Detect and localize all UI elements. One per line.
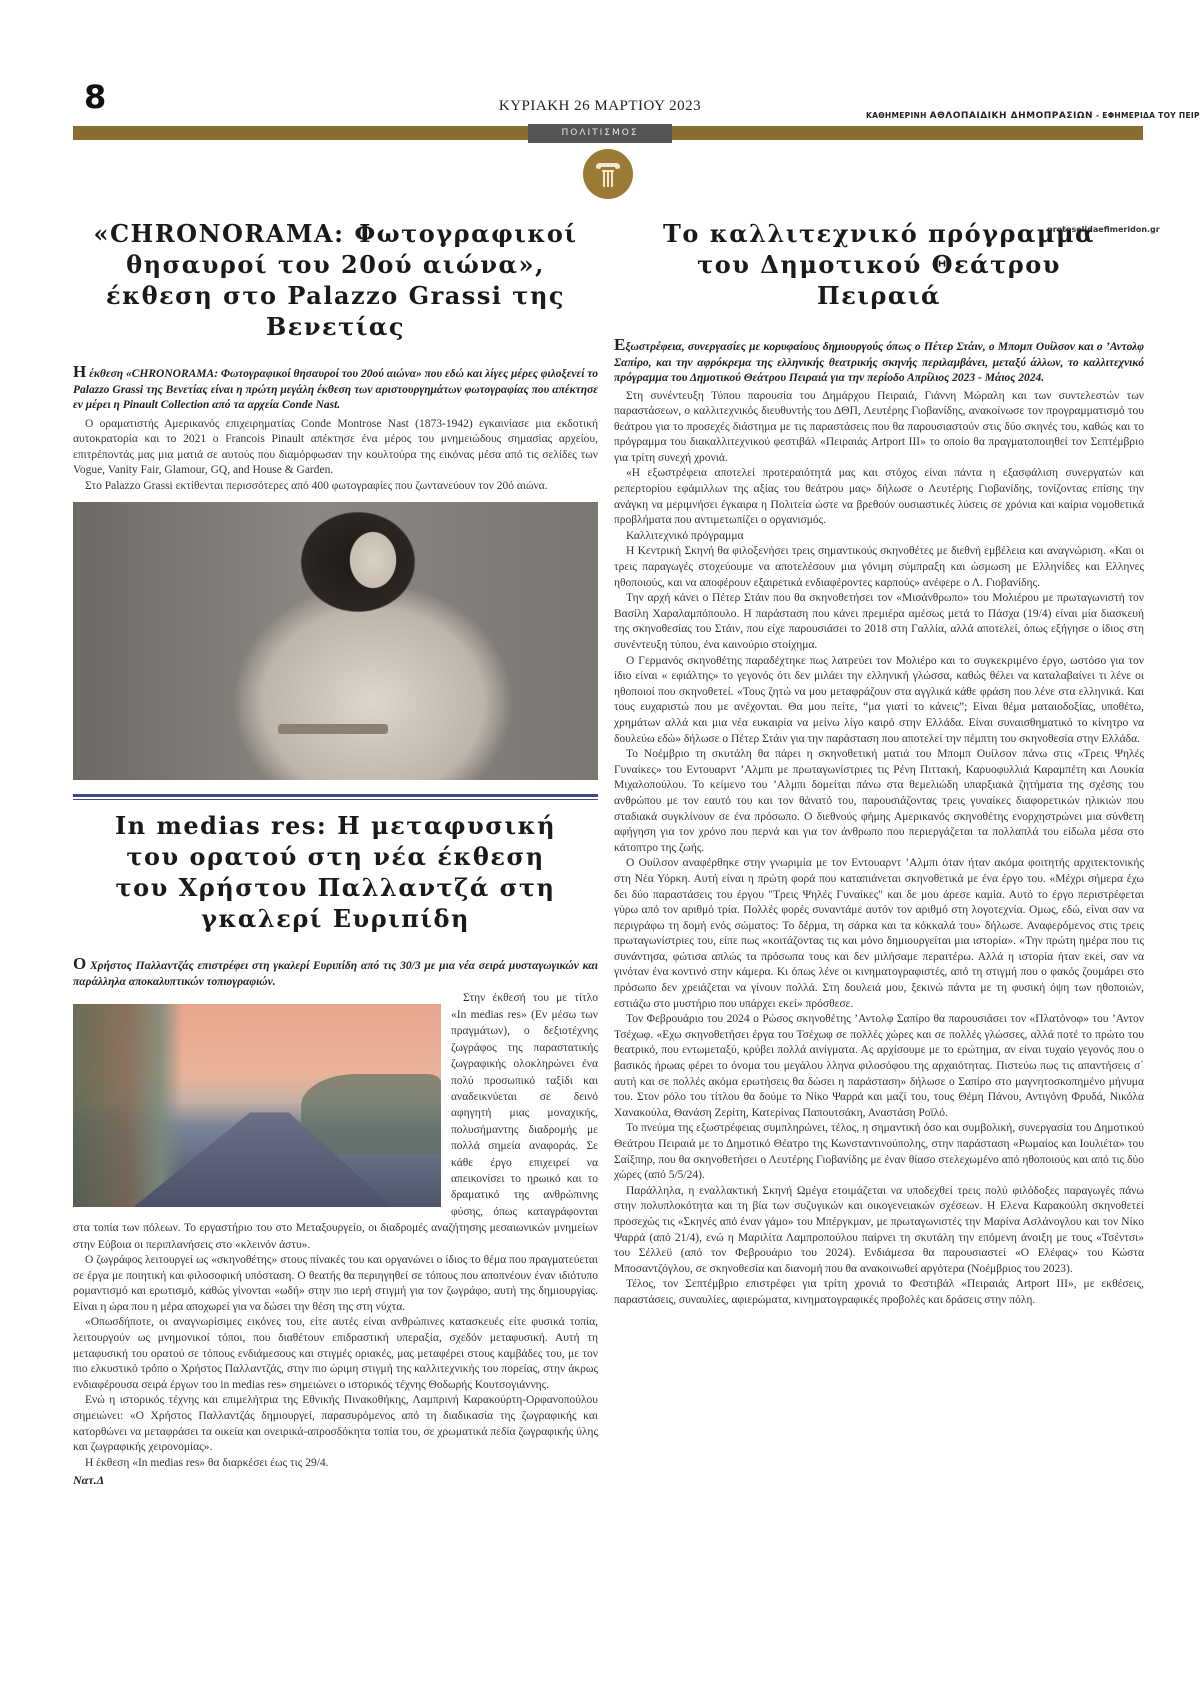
drop-cap: Ε	[614, 335, 625, 354]
paragraph: Η Κεντρική Σκηνή θα φιλοξενήσει τρεις ση…	[614, 544, 1144, 591]
masthead-prefix: ΚΑΘΗΜΕΡΙΝΗ	[866, 111, 927, 120]
paragraph: Η έκθεση «In medias res» θα διαρκέσει έω…	[73, 1456, 598, 1472]
newspaper-masthead: ΚΑΘΗΜΕΡΙΝΗ ΑΘΛΟΠΑΙΔΙΚΗ ΔΗΜΟΠΡΑΣΙΩΝ - ΕΦΗ…	[866, 111, 1200, 121]
section-label: ΠΟΛΙΤΙΣΜΟΣ	[528, 124, 672, 143]
paragraph: «Η εξωστρέφεια αποτελεί προτεραιότητά μα…	[614, 466, 1144, 528]
paragraph: Ο Ουίλσον αναφέρθηκε στην γνωριμία με το…	[614, 856, 1144, 1012]
ionic-column-icon	[583, 149, 633, 199]
painting-bushes	[301, 1074, 441, 1154]
painting-trees	[73, 1004, 183, 1207]
masthead-suffix: - ΕΦΗΜΕΡΙΔΑ ΤΟΥ ΠΕΙΡΑΙΑ	[1096, 111, 1200, 120]
paragraph: Τον Φεβρουάριο του 2024 ο Ρώσος σκηνοθέτ…	[614, 1012, 1144, 1121]
article-lead: Εξωστρέφεια, συνεργασίες με κορυφαίους δ…	[614, 337, 1144, 387]
left-column: «CHRONORAMA: Φωτογραφικοί θησαυροί του 2…	[73, 218, 598, 1488]
article-divider	[73, 794, 598, 800]
drop-cap: Ο	[73, 954, 86, 973]
paragraph: Στο Palazzo Grassi εκτίθενται περισσότερ…	[73, 479, 598, 495]
paragraph: «Οπωσδήποτε, οι αναγνωρίσιμες εικόνες το…	[73, 1315, 598, 1393]
paragraph: Ο ζωγράφος λειτουργεί ως «σκηνοθέτης» στ…	[73, 1253, 598, 1315]
paragraph: Τέλος, τον Σεπτέμβριο επιστρέφει για τρί…	[614, 1277, 1144, 1308]
subheading: Καλλιτεχνικό πρόγραμμα	[614, 529, 1144, 545]
paragraph: Ο Γερμανός σκηνοθέτης παραδέχτηκε πως λα…	[614, 654, 1144, 748]
headline: In medias res: Η μεταφυσική του ορατού σ…	[73, 810, 598, 934]
byline: Νατ.Δ	[73, 1473, 598, 1488]
masthead-title: ΑΘΛΟΠΑΙΔΙΚΗ ΔΗΜΟΠΡΑΣΙΩΝ	[930, 111, 1093, 121]
article-lead: Η έκθεση «CHRONORAMA: Φωτογραφικοί θησαυ…	[73, 364, 598, 414]
paragraph: Στη συνέντευξη Τύπου παρουσία του Δημάρχ…	[614, 389, 1144, 467]
headline: «CHRONORAMA: Φωτογραφικοί θησαυροί του 2…	[73, 218, 598, 342]
fashion-photo	[73, 502, 598, 780]
drop-cap: Η	[73, 362, 86, 381]
article-in-medias-res: In medias res: Η μεταφυσική του ορατού σ…	[73, 810, 598, 1488]
paragraph: Το πνεύμα της εξωστρέφειας συμπληρώνει, …	[614, 1121, 1144, 1183]
photo-detail	[278, 724, 388, 734]
paragraph: Την αρχή κάνει ο Πέτερ Στάιν που θα σκην…	[614, 591, 1144, 653]
article-piraeus-theatre: Το καλλιτεχνικό πρόγραμμα του Δημοτικού …	[614, 218, 1144, 1309]
paragraph: Το Νοέμβριο τη σκυτάλη θα πάρει η σκηνοθ…	[614, 747, 1144, 856]
paragraph: Παράλληλα, η εναλλακτική Σκηνή Ωμέγα ετο…	[614, 1184, 1144, 1278]
article-chronorama: «CHRONORAMA: Φωτογραφικοί θησαυροί του 2…	[73, 218, 598, 780]
headline: Το καλλιτεχνικό πρόγραμμα του Δημοτικού …	[614, 218, 1144, 311]
paragraph: Ο οραματιστής Αμερικανός επιχειρηματίας …	[73, 417, 598, 479]
landscape-painting	[73, 1004, 441, 1207]
paragraph: Ενώ η ιστορικός τέχνης και επιμελήτρια τ…	[73, 1393, 598, 1455]
right-column: Το καλλιτεχνικό πρόγραμμα του Δημοτικού …	[614, 218, 1144, 1309]
text-with-painting: Στην έκθεσή του με τίτλο «In medias res»…	[73, 990, 598, 1253]
article-lead: Ο Χρήστος Παλλαντζάς επιστρέφει στη γκαλ…	[73, 956, 598, 990]
